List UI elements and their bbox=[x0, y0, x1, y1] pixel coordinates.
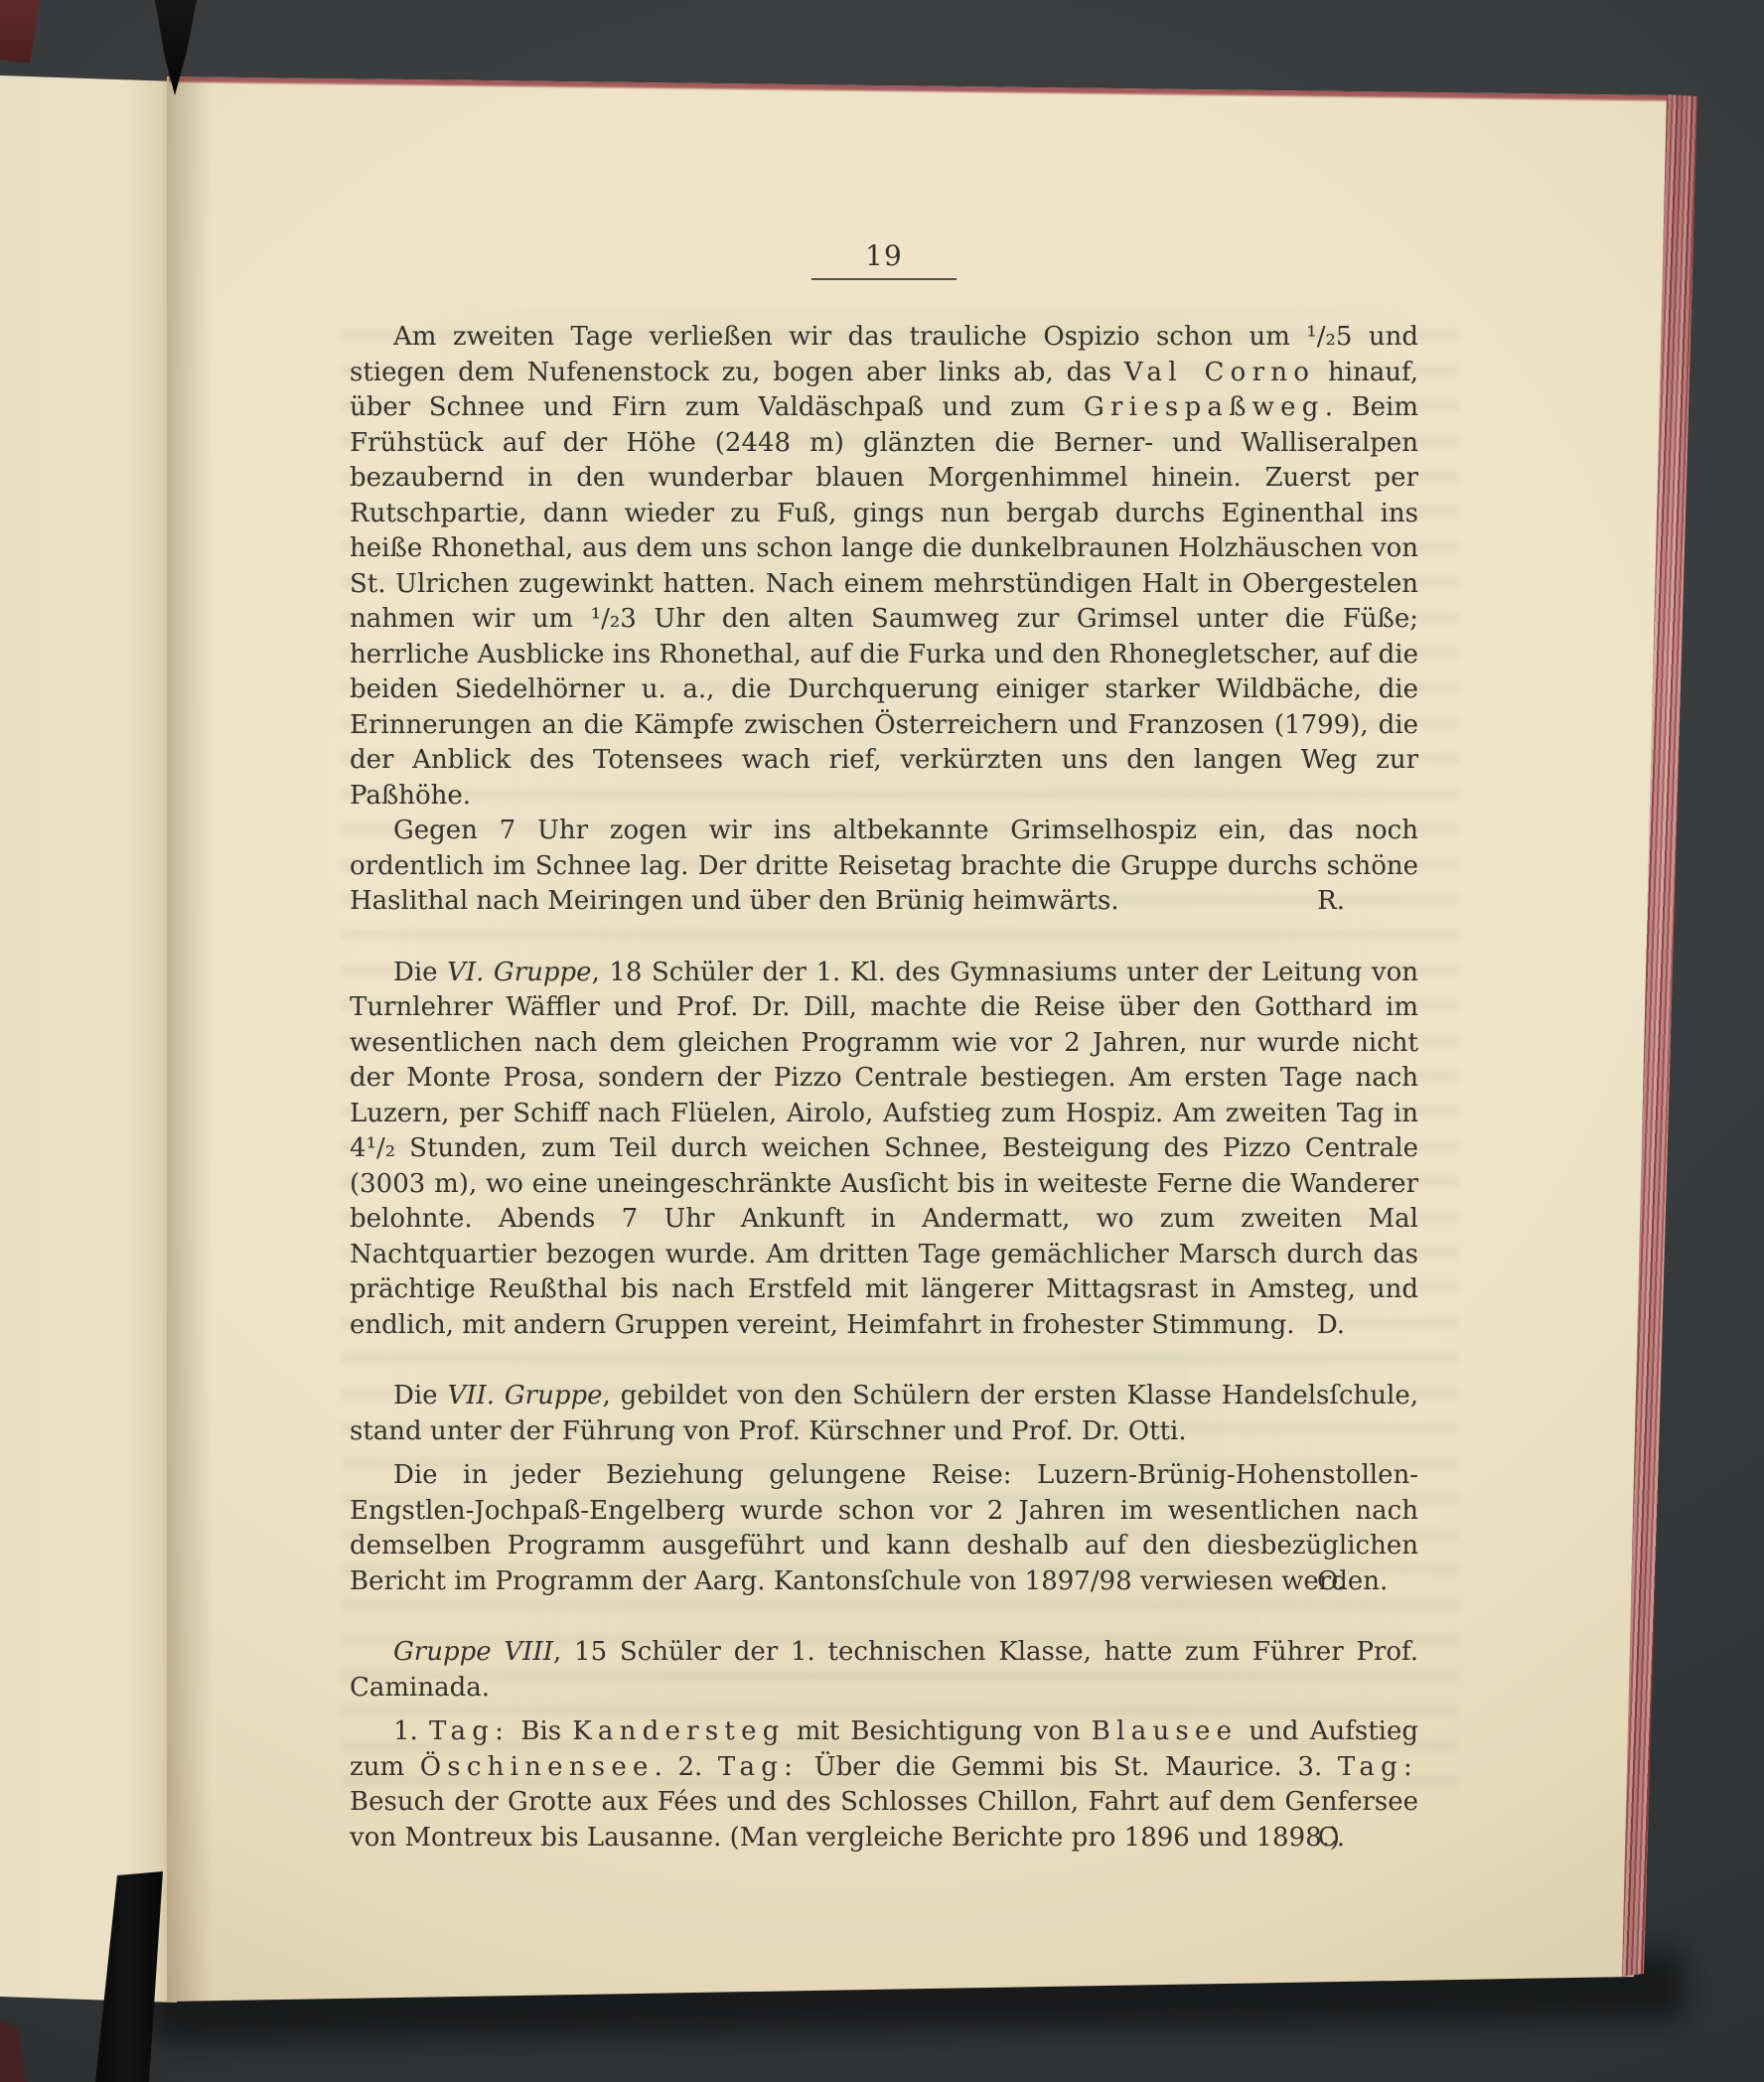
page-top-colored-edge bbox=[169, 76, 1669, 102]
italic-text: VII. Gruppe bbox=[447, 1381, 602, 1411]
italic-text: Gruppe VIII bbox=[393, 1637, 553, 1667]
text-segment: Über die Gemmi bis St. Maurice. 3. bbox=[799, 1752, 1338, 1782]
text-segment: . Beim Frühstück auf der Höhe (2448 m) g… bbox=[350, 392, 1418, 811]
paragraph: 1. Tag: Bis Kandersteg mit Besichtigung … bbox=[350, 1714, 1418, 1856]
page-number: 19 bbox=[350, 238, 1418, 274]
body-text: Am zweiten Tage verließen wir das trauli… bbox=[350, 320, 1418, 1856]
text-segment: Die bbox=[393, 1381, 447, 1411]
text-block: 19 Am zweiten Tage verließen wir das tra… bbox=[350, 238, 1418, 1856]
letterspaced-text: Tag: bbox=[429, 1716, 510, 1746]
author-signature: R. bbox=[1317, 884, 1345, 920]
text-segment: . 2. bbox=[655, 1752, 718, 1782]
cover-corner-top-left bbox=[0, 0, 40, 64]
page-number-rule bbox=[811, 278, 956, 280]
text-segment: Bis bbox=[510, 1716, 572, 1746]
letterspaced-text: Tag: bbox=[718, 1752, 799, 1782]
letterspaced-text: Tag: bbox=[1338, 1752, 1418, 1782]
text-segment: Die bbox=[393, 958, 447, 987]
letterspaced-text: Griespaßweg bbox=[1084, 392, 1325, 422]
paragraph: Die VII. Gruppe, gebildet von den Schüle… bbox=[350, 1379, 1418, 1449]
author-signature: O. bbox=[1317, 1564, 1345, 1600]
text-segment: , 18 Schüler der 1. Kl. des Gymnasiums u… bbox=[350, 958, 1418, 1340]
letterspaced-text: Val Corno bbox=[1124, 358, 1315, 387]
paragraph: Gruppe VIII, 15 Schüler der 1. technisch… bbox=[350, 1635, 1418, 1706]
author-signature: C. bbox=[1318, 1821, 1345, 1857]
letterspaced-text: Öschinensee bbox=[420, 1752, 655, 1782]
photographed-book-scan: 19 Am zweiten Tage verließen wir das tra… bbox=[0, 0, 1764, 2082]
text-segment: Besuch der Grotte aux Fées und des Schlo… bbox=[350, 1787, 1418, 1853]
paragraph: Die in jeder Beziehung gelungene Reise: … bbox=[350, 1458, 1418, 1599]
cover-corner-bottom-left bbox=[0, 2020, 26, 2082]
text-segment: 1. bbox=[393, 1716, 429, 1746]
text-segment: Die in jeder Beziehung gelungene Reise: … bbox=[350, 1460, 1418, 1596]
letterspaced-text: Kandersteg bbox=[572, 1716, 785, 1746]
italic-text: VI. Gruppe bbox=[447, 958, 591, 987]
paragraph: Die VI. Gruppe, 18 Schüler der 1. Kl. de… bbox=[350, 956, 1418, 1344]
letterspaced-text: Blausee bbox=[1092, 1716, 1238, 1746]
text-segment: Gegen 7 Uhr zogen wir ins altbekannte Gr… bbox=[350, 816, 1418, 916]
gutter-shading bbox=[167, 72, 213, 2003]
book-page: 19 Am zweiten Tage verließen wir das tra… bbox=[167, 72, 1669, 2003]
author-signature: D. bbox=[1317, 1308, 1345, 1344]
left-page bbox=[0, 70, 177, 2008]
paragraph: Gegen 7 Uhr zogen wir ins altbekannte Gr… bbox=[350, 814, 1418, 920]
text-segment: mit Besichtigung von bbox=[786, 1716, 1092, 1746]
paragraph: Am zweiten Tage verließen wir das trauli… bbox=[350, 320, 1418, 814]
